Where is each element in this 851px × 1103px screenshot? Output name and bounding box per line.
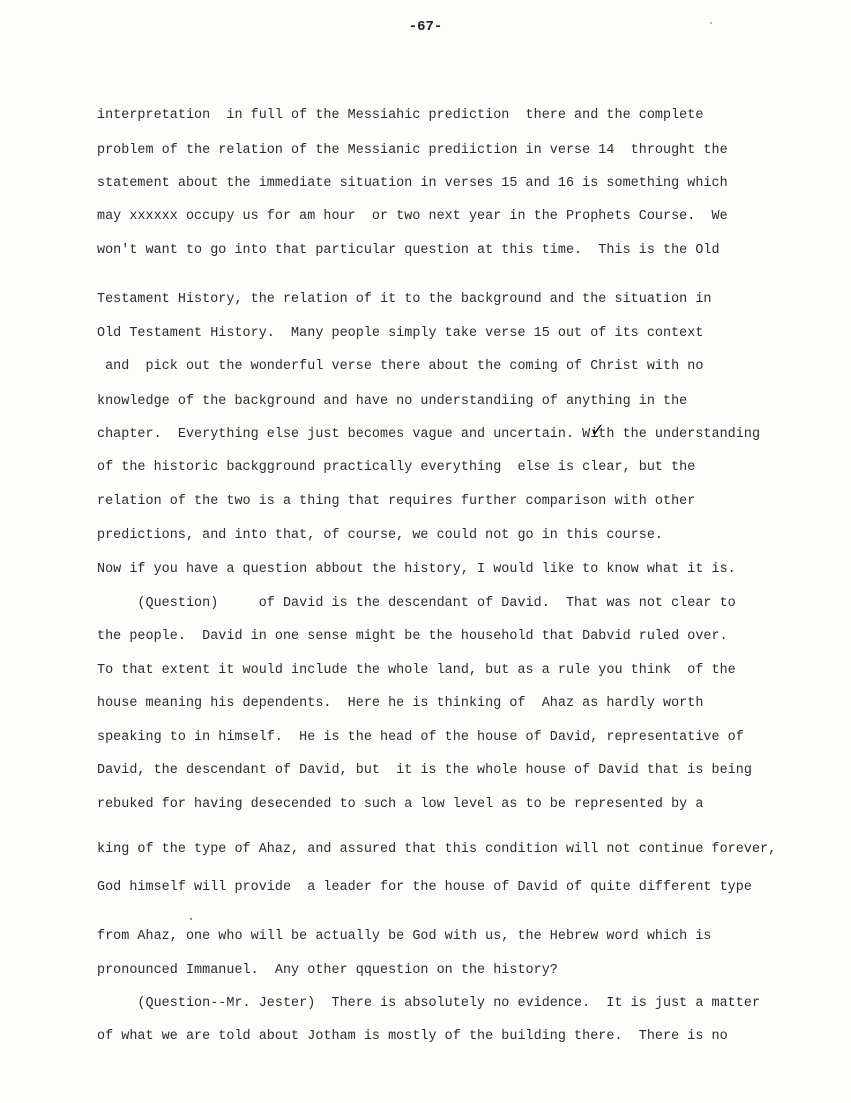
text-line: chapter. Everything else just becomes va… <box>97 427 760 442</box>
text-line: David, the descendant of David, but it i… <box>97 763 752 778</box>
text-line: To that extent it would include the whol… <box>97 663 736 678</box>
text-line: house meaning his dependents. Here he is… <box>97 696 703 711</box>
text-line: interpretation in full of the Messiahic … <box>97 108 703 123</box>
ink-speck <box>190 918 192 920</box>
text-line: statement about the immediate situation … <box>97 176 728 191</box>
text-line: Testament History, the relation of it to… <box>97 292 712 307</box>
text-line: and pick out the wonderful verse there a… <box>97 359 703 374</box>
text-line: from Ahaz, one who will be actually be G… <box>97 929 712 944</box>
text-line: of the historic backgground practically … <box>97 460 695 475</box>
text-line: may xxxxxx occupy us for am hour or two … <box>97 209 728 224</box>
text-line: relation of the two is a thing that requ… <box>97 494 695 509</box>
text-line: rebuked for having desecended to such a … <box>97 797 703 812</box>
text-line: speaking to in himself. He is the head o… <box>97 730 744 745</box>
text-line: the people. David in one sense might be … <box>97 629 728 644</box>
text-line: Old Testament History. Many people simpl… <box>97 326 703 341</box>
text-line: pronounced Immanuel. Any other qquestion… <box>97 963 558 978</box>
text-line: won't want to go into that particular qu… <box>97 243 720 258</box>
page-number: -67- <box>0 19 851 35</box>
handwritten-checkmark-icon: ✓ <box>590 420 605 441</box>
text-line: knowledge of the background and have no … <box>97 394 687 409</box>
text-line: (Question) of David is the descendant of… <box>97 596 736 611</box>
text-line: problem of the relation of the Messianic… <box>97 143 728 158</box>
ink-speck <box>710 22 712 24</box>
text-line: predictions, and into that, of course, w… <box>97 528 663 543</box>
text-line: God himself will provide a leader for th… <box>97 880 752 895</box>
text-line: Now if you have a question abbout the hi… <box>97 562 736 577</box>
text-line: of what we are told about Jotham is most… <box>97 1029 728 1044</box>
text-line: king of the type of Ahaz, and assured th… <box>97 842 776 857</box>
text-line: (Question--Mr. Jester) There is absolute… <box>97 996 760 1011</box>
